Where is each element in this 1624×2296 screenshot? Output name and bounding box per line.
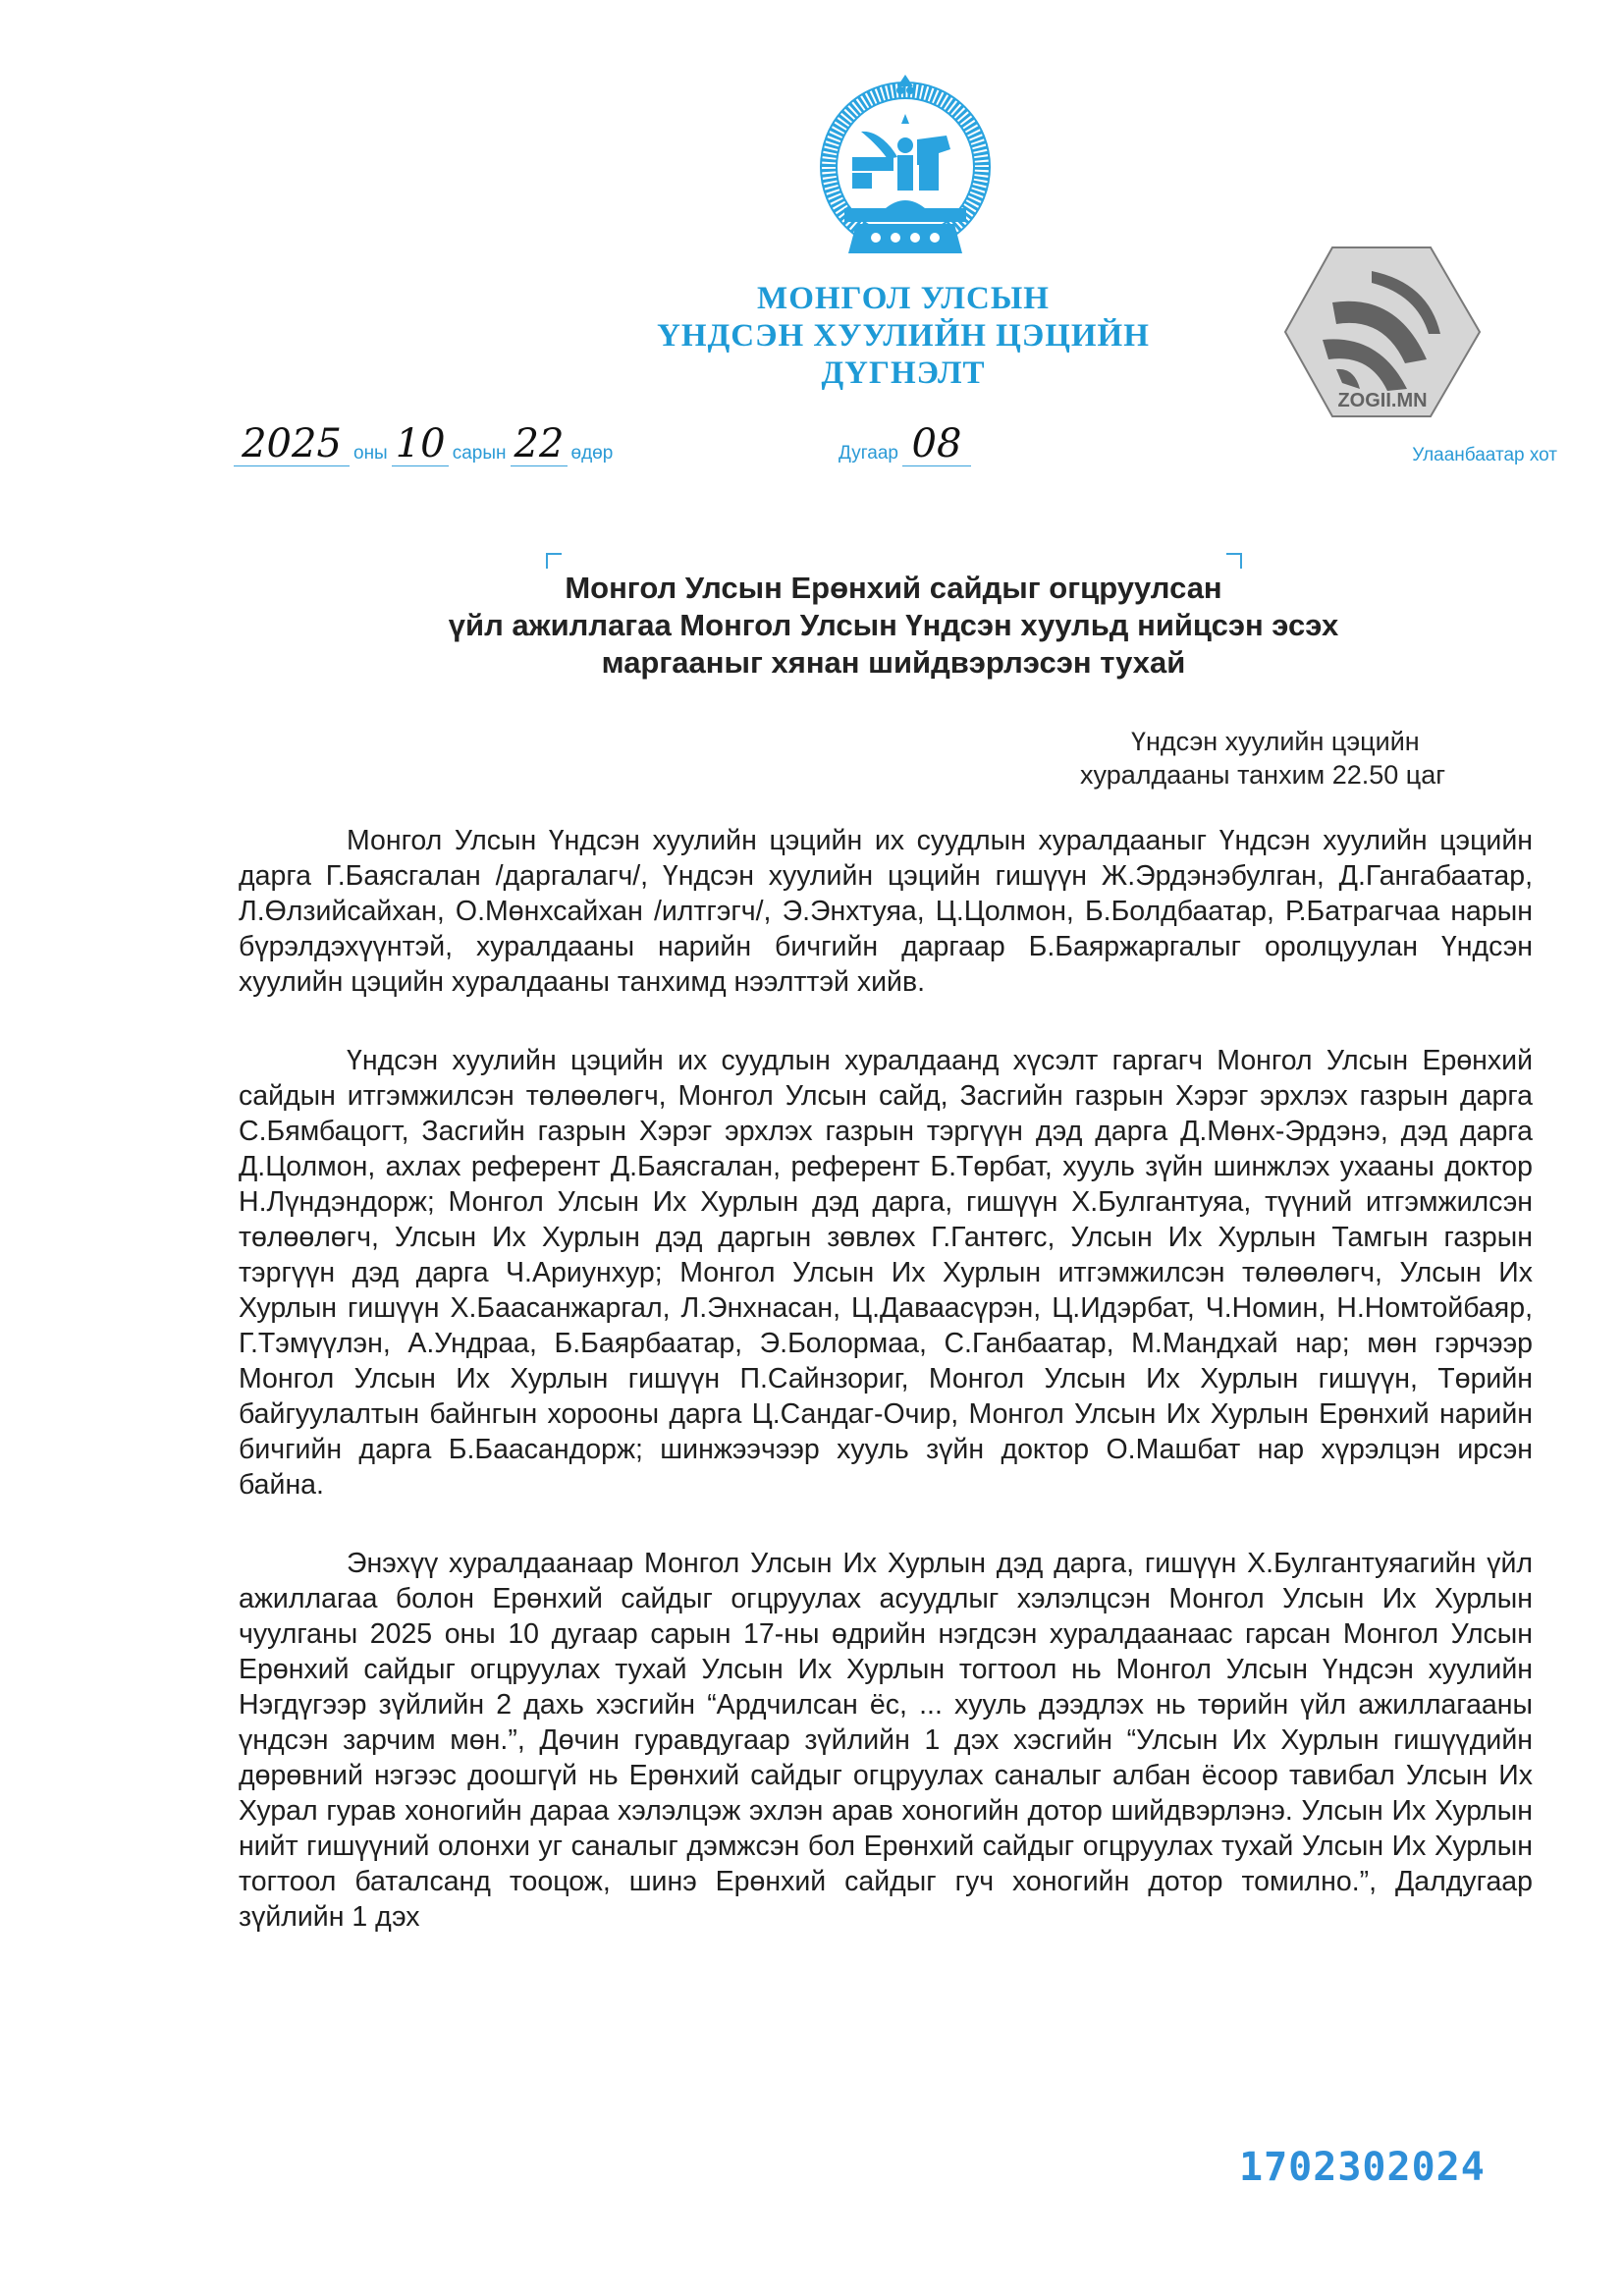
org-line-1: МОНГОЛ УЛСЫН [550, 280, 1257, 317]
date-field: 2025 оны 10 сарын 22 өдөр [234, 424, 617, 466]
document-number-label: Дугаар [835, 443, 902, 466]
date-month-label: сарын [449, 443, 511, 466]
title-line-1: Монгол Улсын Ерөнхий сайдыг огцруулсан [422, 570, 1365, 607]
body-paragraph: Монгол Улсын Үндсэн хуулийн цэцийн их су… [239, 823, 1533, 1000]
org-line-2: ҮНДСЭН ХУУЛИЙН ЦЭЦИЙН [550, 317, 1257, 355]
date-year-label: оны [350, 443, 392, 466]
title-corner-mark-right [1226, 553, 1242, 569]
document-meta-row: 2025 оны 10 сарын 22 өдөр Дугаар 08 Улаа… [0, 417, 1624, 476]
document-title: Монгол Улсын Ерөнхий сайдыг огцруулсан ү… [422, 570, 1365, 682]
body-paragraph: Энэхүү хуралдаанаар Монгол Улсын Их Хурл… [239, 1546, 1533, 1935]
org-line-3: ДҮГНЭЛТ [550, 355, 1257, 392]
venue-block: Үндсэн хуулийн цэцийн хуралдааны танхим … [1080, 725, 1542, 792]
city-label: Улаанбаатар хот [1412, 445, 1557, 466]
title-line-3: маргааныг хянан шийдвэрлэсэн тухай [422, 644, 1365, 682]
date-day-label: өдөр [568, 443, 618, 466]
document-body: Монгол Улсын Үндсэн хуулийн цэцийн их су… [239, 823, 1533, 1978]
body-paragraph: Үндсэн хуулийн цэцийн их суудлын хуралда… [239, 1043, 1533, 1503]
state-emblem-icon [817, 71, 994, 262]
organization-header: МОНГОЛ УЛСЫН ҮНДСЭН ХУУЛИЙН ЦЭЦИЙН ДҮГНЭ… [550, 280, 1257, 392]
date-year: 2025 [234, 424, 350, 466]
zogii-watermark-badge: ZOGII.MN [1281, 244, 1483, 420]
title-corner-mark-left [546, 553, 562, 569]
document-number: 08 [902, 424, 971, 466]
venue-line-2: хуралдааны танхим 22.50 цаг [1080, 758, 1542, 792]
title-line-2: үйл ажиллагаа Монгол Улсын Үндсэн хуульд… [422, 607, 1365, 644]
date-month: 10 [392, 424, 449, 466]
badge-label: ZOGII.MN [1337, 390, 1427, 411]
date-day: 22 [511, 424, 568, 466]
serial-number-stamp: 1702302024 [1239, 2145, 1486, 2190]
venue-line-1: Үндсэн хуулийн цэцийн [1080, 725, 1542, 758]
document-number-field: Дугаар 08 [835, 424, 971, 466]
